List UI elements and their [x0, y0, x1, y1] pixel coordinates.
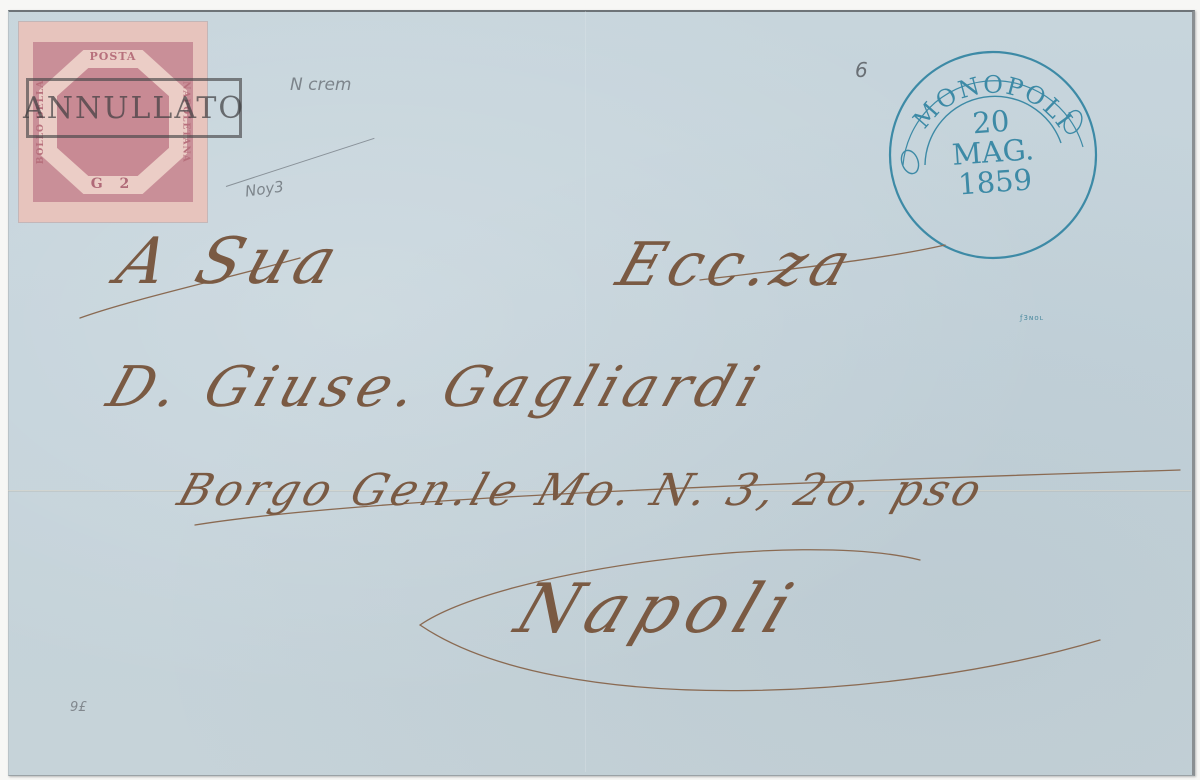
address-line-1a: A Sua [108, 225, 352, 299]
pencil-note-bottom: 9£ [70, 700, 87, 715]
pencil-note-number: 6 [855, 58, 868, 82]
small-blue-mark: ƒ3ɴᴏʟ [1020, 314, 1044, 322]
annullato-cancel: ANNULLATO [26, 78, 242, 138]
postmark-date: 20 MAG. 1859 [882, 100, 1104, 205]
address-line-3: Borgo Gen.le Mo. N. 3, 2o. pso [172, 465, 992, 516]
address-line-4: Napoli [506, 570, 811, 649]
monopoli-postmark: MONOPOLI 20 MAG. 1859 [885, 47, 1101, 263]
pencil-note-top: N crem [290, 75, 351, 95]
address-line-1b: Ecc.za [609, 230, 865, 300]
address-line-2: D. Giuse. Gagliardi [99, 355, 773, 420]
stamp-top-text: POSTA [19, 50, 207, 63]
stamp-value: G 2 [19, 176, 207, 192]
